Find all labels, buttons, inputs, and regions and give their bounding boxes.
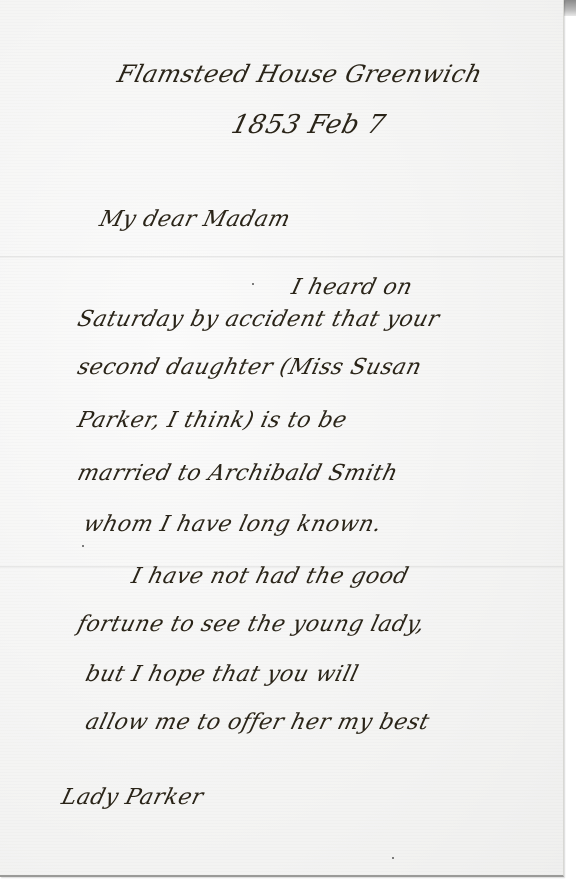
letter-addressee: Lady Parker <box>59 785 206 810</box>
paper-fold-line <box>0 256 563 258</box>
letter-salutation: My dear Madam <box>97 207 293 232</box>
letter-heading-date: 1853 Feb 7 <box>228 110 388 140</box>
paper-speck <box>82 545 84 547</box>
letter-body-line: second daughter (Miss Susan <box>75 355 424 380</box>
letter-heading-place: Flamsteed House Greenwich <box>115 60 486 88</box>
letter-body-line: whom I have long known. <box>81 512 385 537</box>
letter-body-line: Parker, I think) is to be <box>75 408 350 433</box>
letter-body-line: I heard on <box>289 275 415 300</box>
letter-body-line: fortune to see the young lady, <box>75 612 428 637</box>
letter-body-line: but I hope that you will <box>83 662 361 687</box>
letter-body-line: allow me to offer her my best <box>83 710 432 735</box>
letter-body-line: Saturday by accident that your <box>75 307 442 332</box>
paper-speck <box>392 857 394 859</box>
letter-body-line: I have not had the good <box>129 564 411 589</box>
paper-speck <box>252 283 254 285</box>
letter-page: Flamsteed House Greenwich 1853 Feb 7 My … <box>0 0 564 877</box>
letter-body-line: married to Archibald Smith <box>75 461 401 486</box>
